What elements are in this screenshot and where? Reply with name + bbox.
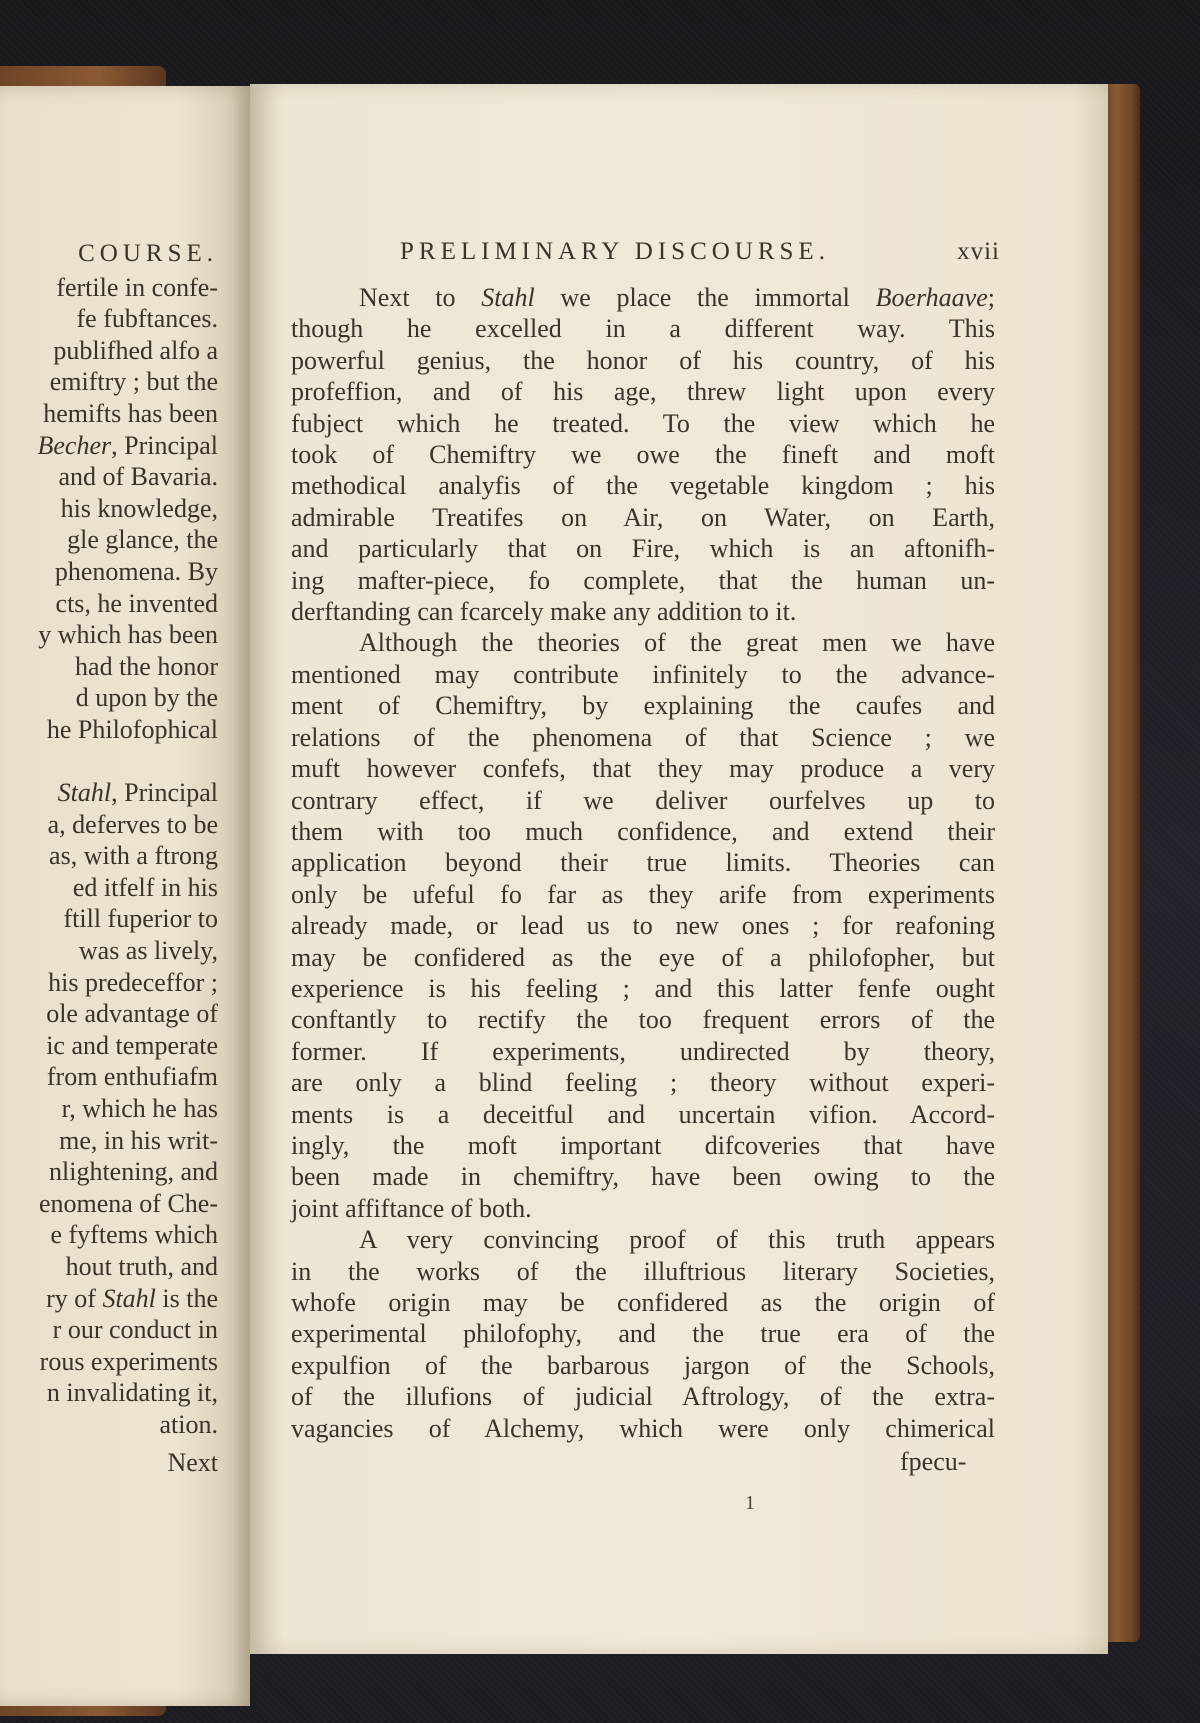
text-line: in the works of the illuftrious literary… — [325, 1256, 995, 1287]
left-text-line: emiftry ; but the — [0, 366, 218, 398]
text-line: former. If experiments, undirected by th… — [325, 1036, 995, 1067]
text-line: powerful genius, the honor of his countr… — [325, 345, 995, 376]
text-line: Next to Stahl we place the immortal Boer… — [325, 282, 995, 313]
paragraph-boerhaave: Next to Stahl we place the immortal Boer… — [325, 282, 995, 627]
left-text-line: ation. — [0, 1409, 218, 1441]
left-text-line: fe fubftances. — [0, 303, 218, 335]
text-line: been made in chemiftry, have been owing … — [325, 1161, 995, 1192]
left-text-line: ed itfelf in his — [0, 872, 218, 904]
left-text-line: publifhed alfo a — [0, 335, 218, 367]
text-line: methodical analyfis of the vegetable kin… — [325, 470, 995, 501]
left-text-line: hout truth, and — [0, 1251, 218, 1283]
left-text-line: me, in his writ- — [0, 1125, 218, 1157]
left-text-line: ftill fuperior to — [0, 903, 218, 935]
text-line: muft however confefs, that they may prod… — [325, 753, 995, 784]
page-body: Next to Stahl we place the immortal Boer… — [325, 282, 995, 1444]
left-text-line: rous experiments — [0, 1346, 218, 1378]
text-line: whofe origin may be confidered as the or… — [325, 1287, 995, 1318]
text-line: of the illufions of judicial Aftrology, … — [325, 1381, 995, 1412]
paragraph-theories: Although the theories of the great men w… — [325, 627, 995, 1224]
left-text-line: n invalidating it, — [0, 1377, 218, 1409]
left-catchword: Next — [0, 1447, 218, 1479]
text-line: Although the theories of the great men w… — [325, 627, 995, 658]
text-line: experimental philofophy, and the true er… — [325, 1318, 995, 1349]
text-line: admirable Treatifes on Air, on Water, on… — [325, 502, 995, 533]
paragraph-societies: A very convincing proof of this truth ap… — [325, 1224, 995, 1444]
text-line: may be confidered as the eye of a philof… — [325, 942, 995, 973]
text-line: ment of Chemiftry, by explaining the cau… — [325, 690, 995, 721]
text-line: joint affiftance of both. — [325, 1193, 995, 1224]
left-text-line: as, with a ftrong — [0, 840, 218, 872]
text-line: expulfion of the barbarous jargon of the… — [325, 1350, 995, 1381]
text-line: contrary effect, if we deliver ourfelves… — [325, 785, 995, 816]
text-line: are only a blind feeling ; theory withou… — [325, 1067, 995, 1098]
text-line: took of Chemiftry we owe the fineft and … — [325, 439, 995, 470]
left-text-line: from enthufiafm — [0, 1061, 218, 1093]
left-text-line: ic and temperate — [0, 1030, 218, 1062]
text-line: ingly, the moft important difcoveries th… — [325, 1130, 995, 1161]
left-text-line: a, deferves to be — [0, 809, 218, 841]
text-line: A very convincing proof of this truth ap… — [325, 1224, 995, 1255]
signature-mark: 1 — [745, 1492, 755, 1515]
running-head: PRELIMINARY DISCOURSE. xvii — [400, 238, 1000, 266]
text-line: derftanding can fcarcely make any additi… — [325, 596, 995, 627]
text-line: only be ufeful fo far as they arife from… — [325, 879, 995, 910]
left-text-line: r our conduct in — [0, 1314, 218, 1346]
left-text-line: enomena of Che- — [0, 1188, 218, 1220]
left-text-line: hemifts has been — [0, 398, 218, 430]
left-text-line: d upon by the — [0, 682, 218, 714]
left-text-line: his predeceffor ; — [0, 967, 218, 999]
text-line: ments is a deceitful and uncertain vifio… — [325, 1099, 995, 1130]
text-line: fubject which he treated. To the view wh… — [325, 408, 995, 439]
left-text-line: gle glance, the — [0, 524, 218, 556]
left-text-line: Stahl, Principal — [0, 777, 218, 809]
left-page-lines: fertile in confe-fe fubftances.publifhed… — [0, 272, 218, 1441]
page-number: xvii — [957, 238, 1000, 266]
left-text-line: ole advantage of — [0, 998, 218, 1030]
left-text-line: was as lively, — [0, 935, 218, 967]
text-line: vagancies of Alchemy, which were only ch… — [325, 1413, 995, 1444]
text-line: mentioned may contribute infinitely to t… — [325, 659, 995, 690]
text-line: profeffion, and of his age, threw light … — [325, 376, 995, 407]
text-line: relations of the phenomena of that Scien… — [325, 722, 995, 753]
left-text-line: fertile in confe- — [0, 272, 218, 304]
left-text-line: he Philofophical — [0, 714, 218, 746]
left-text-line — [0, 746, 218, 778]
text-line: application beyond their true limits. Th… — [325, 847, 995, 878]
left-page-text: COURSE. fertile in confe-fe fubftances.p… — [0, 238, 218, 1478]
text-line: and particularly that on Fire, which is … — [325, 533, 995, 564]
catchword: fpecu- — [900, 1447, 966, 1477]
left-text-line: his knowledge, — [0, 493, 218, 525]
left-text-line: r, which he has — [0, 1093, 218, 1125]
text-line: conftantly to rectify the too frequent e… — [325, 1004, 995, 1035]
left-text-line: ry of Stahl is the — [0, 1283, 218, 1315]
left-text-line: nlightening, and — [0, 1156, 218, 1188]
left-running-head: COURSE. — [0, 238, 218, 270]
left-text-line: and of Bavaria. — [0, 461, 218, 493]
left-text-line: cts, he invented — [0, 588, 218, 620]
left-text-line: y which has been — [0, 619, 218, 651]
left-text-line: e fyftems which — [0, 1219, 218, 1251]
text-line: already made, or lead us to new ones ; f… — [325, 910, 995, 941]
text-line: ing mafter-piece, fo complete, that the … — [325, 565, 995, 596]
left-text-line: phenomena. By — [0, 556, 218, 588]
text-line: them with too much confidence, and exten… — [325, 816, 995, 847]
text-line: experience is his feeling ; and this lat… — [325, 973, 995, 1004]
running-head-title: PRELIMINARY DISCOURSE. — [400, 238, 830, 265]
text-line: though he excelled in a different way. T… — [325, 313, 995, 344]
left-text-line: had the honor — [0, 651, 218, 683]
left-text-line: Becher, Principal — [0, 430, 218, 462]
